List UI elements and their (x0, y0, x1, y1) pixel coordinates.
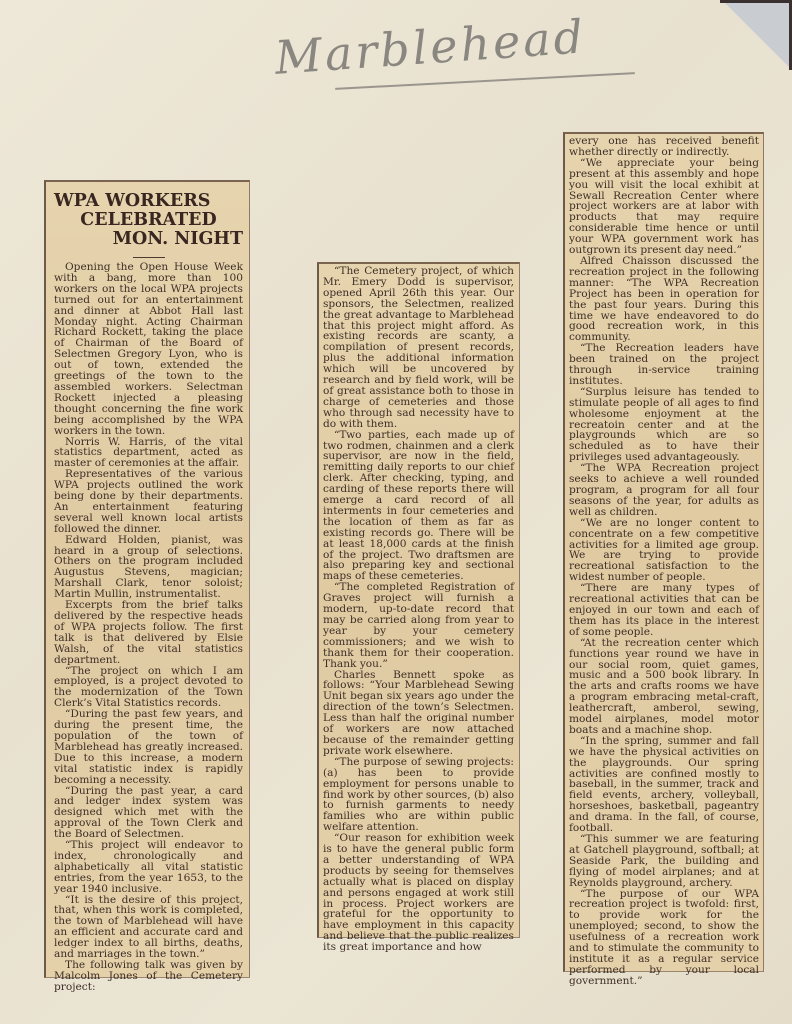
corner-edge-top (720, 0, 792, 3)
paragraph: “At the recreation center which function… (569, 638, 759, 736)
column-2-body: “The Cemetery project, of which Mr. Emer… (323, 266, 514, 953)
handwritten-title: Marblehead (273, 5, 647, 101)
headline-line-3: MON. NIGHT (54, 230, 243, 249)
paragraph: “The purpose of sewing projects: (a) has… (323, 757, 514, 833)
paragraph: “During the past year, a card and ledger… (54, 786, 243, 841)
paragraph: “Two parties, each made up of two rodmen… (323, 430, 514, 583)
paragraph: Excerpts from the brief talks delivered … (54, 600, 243, 665)
paragraph: Norris W. Harris, of the vital statistic… (54, 437, 243, 470)
paragraph: The following talk was given by Malcolm … (54, 960, 243, 993)
paragraph: “The Cemetery project, of which Mr. Emer… (323, 266, 514, 430)
paragraph: “The WPA Recreation project seeks to ach… (569, 463, 759, 518)
clipping-column-1: WPA WORKERS CELEBRATED MON. NIGHT Openin… (44, 180, 250, 978)
paragraph: “It is the desire of this project, that,… (54, 895, 243, 960)
paragraph: “The Recreation leaders have been traine… (569, 343, 759, 387)
clipping-column-2: “The Cemetery project, of which Mr. Emer… (317, 262, 520, 938)
paragraph: “In the spring, summer and fall we have … (569, 736, 759, 834)
paragraph: “The completed Registration of Graves pr… (323, 582, 514, 669)
paragraph: “We are no longer content to concentrate… (569, 518, 759, 583)
column-3-body: every one has received benefit whether d… (569, 136, 759, 987)
paragraph: “During the past few years, and during t… (54, 709, 243, 785)
paragraph: “This summer we are featuring at Gatchel… (569, 834, 759, 889)
column-1-body: Opening the Open House Week with a bang,… (54, 262, 243, 993)
paragraph: every one has received benefit whether d… (569, 136, 759, 158)
headline-rule (133, 257, 165, 258)
paragraph: Edward Holden, pianist, was heard in a g… (54, 535, 243, 600)
article-headline: WPA WORKERS CELEBRATED MON. NIGHT (54, 192, 243, 249)
paragraph: “We appreciate your being present at thi… (569, 158, 759, 256)
paragraph: “Surplus leisure has tended to stimulate… (569, 387, 759, 463)
paragraph: Representatives of the various WPA proje… (54, 469, 243, 534)
headline-line-1: WPA WORKERS (54, 192, 243, 211)
clipping-column-3: every one has received benefit whether d… (563, 132, 764, 972)
paragraph: “There are many types of recreational ac… (569, 583, 759, 638)
paragraph: “The project on which I am employed, is … (54, 666, 243, 710)
paragraph: “This project will endeavor to index, ch… (54, 840, 243, 895)
paragraph: Alfred Chaisson discussed the recreation… (569, 256, 759, 343)
paragraph: Opening the Open House Week with a bang,… (54, 262, 243, 437)
paragraph: “The purpose of our WPA recreation proje… (569, 889, 759, 987)
scrapbook-page: Marblehead WPA WORKERS CELEBRATED MON. N… (0, 0, 792, 1024)
paragraph: “Our reason for exhibition week is to ha… (323, 833, 514, 953)
headline-line-2: CELEBRATED (54, 211, 243, 230)
folded-corner (722, 0, 792, 70)
paragraph: Charles Bennett spoke as follows: “Your … (323, 670, 514, 757)
